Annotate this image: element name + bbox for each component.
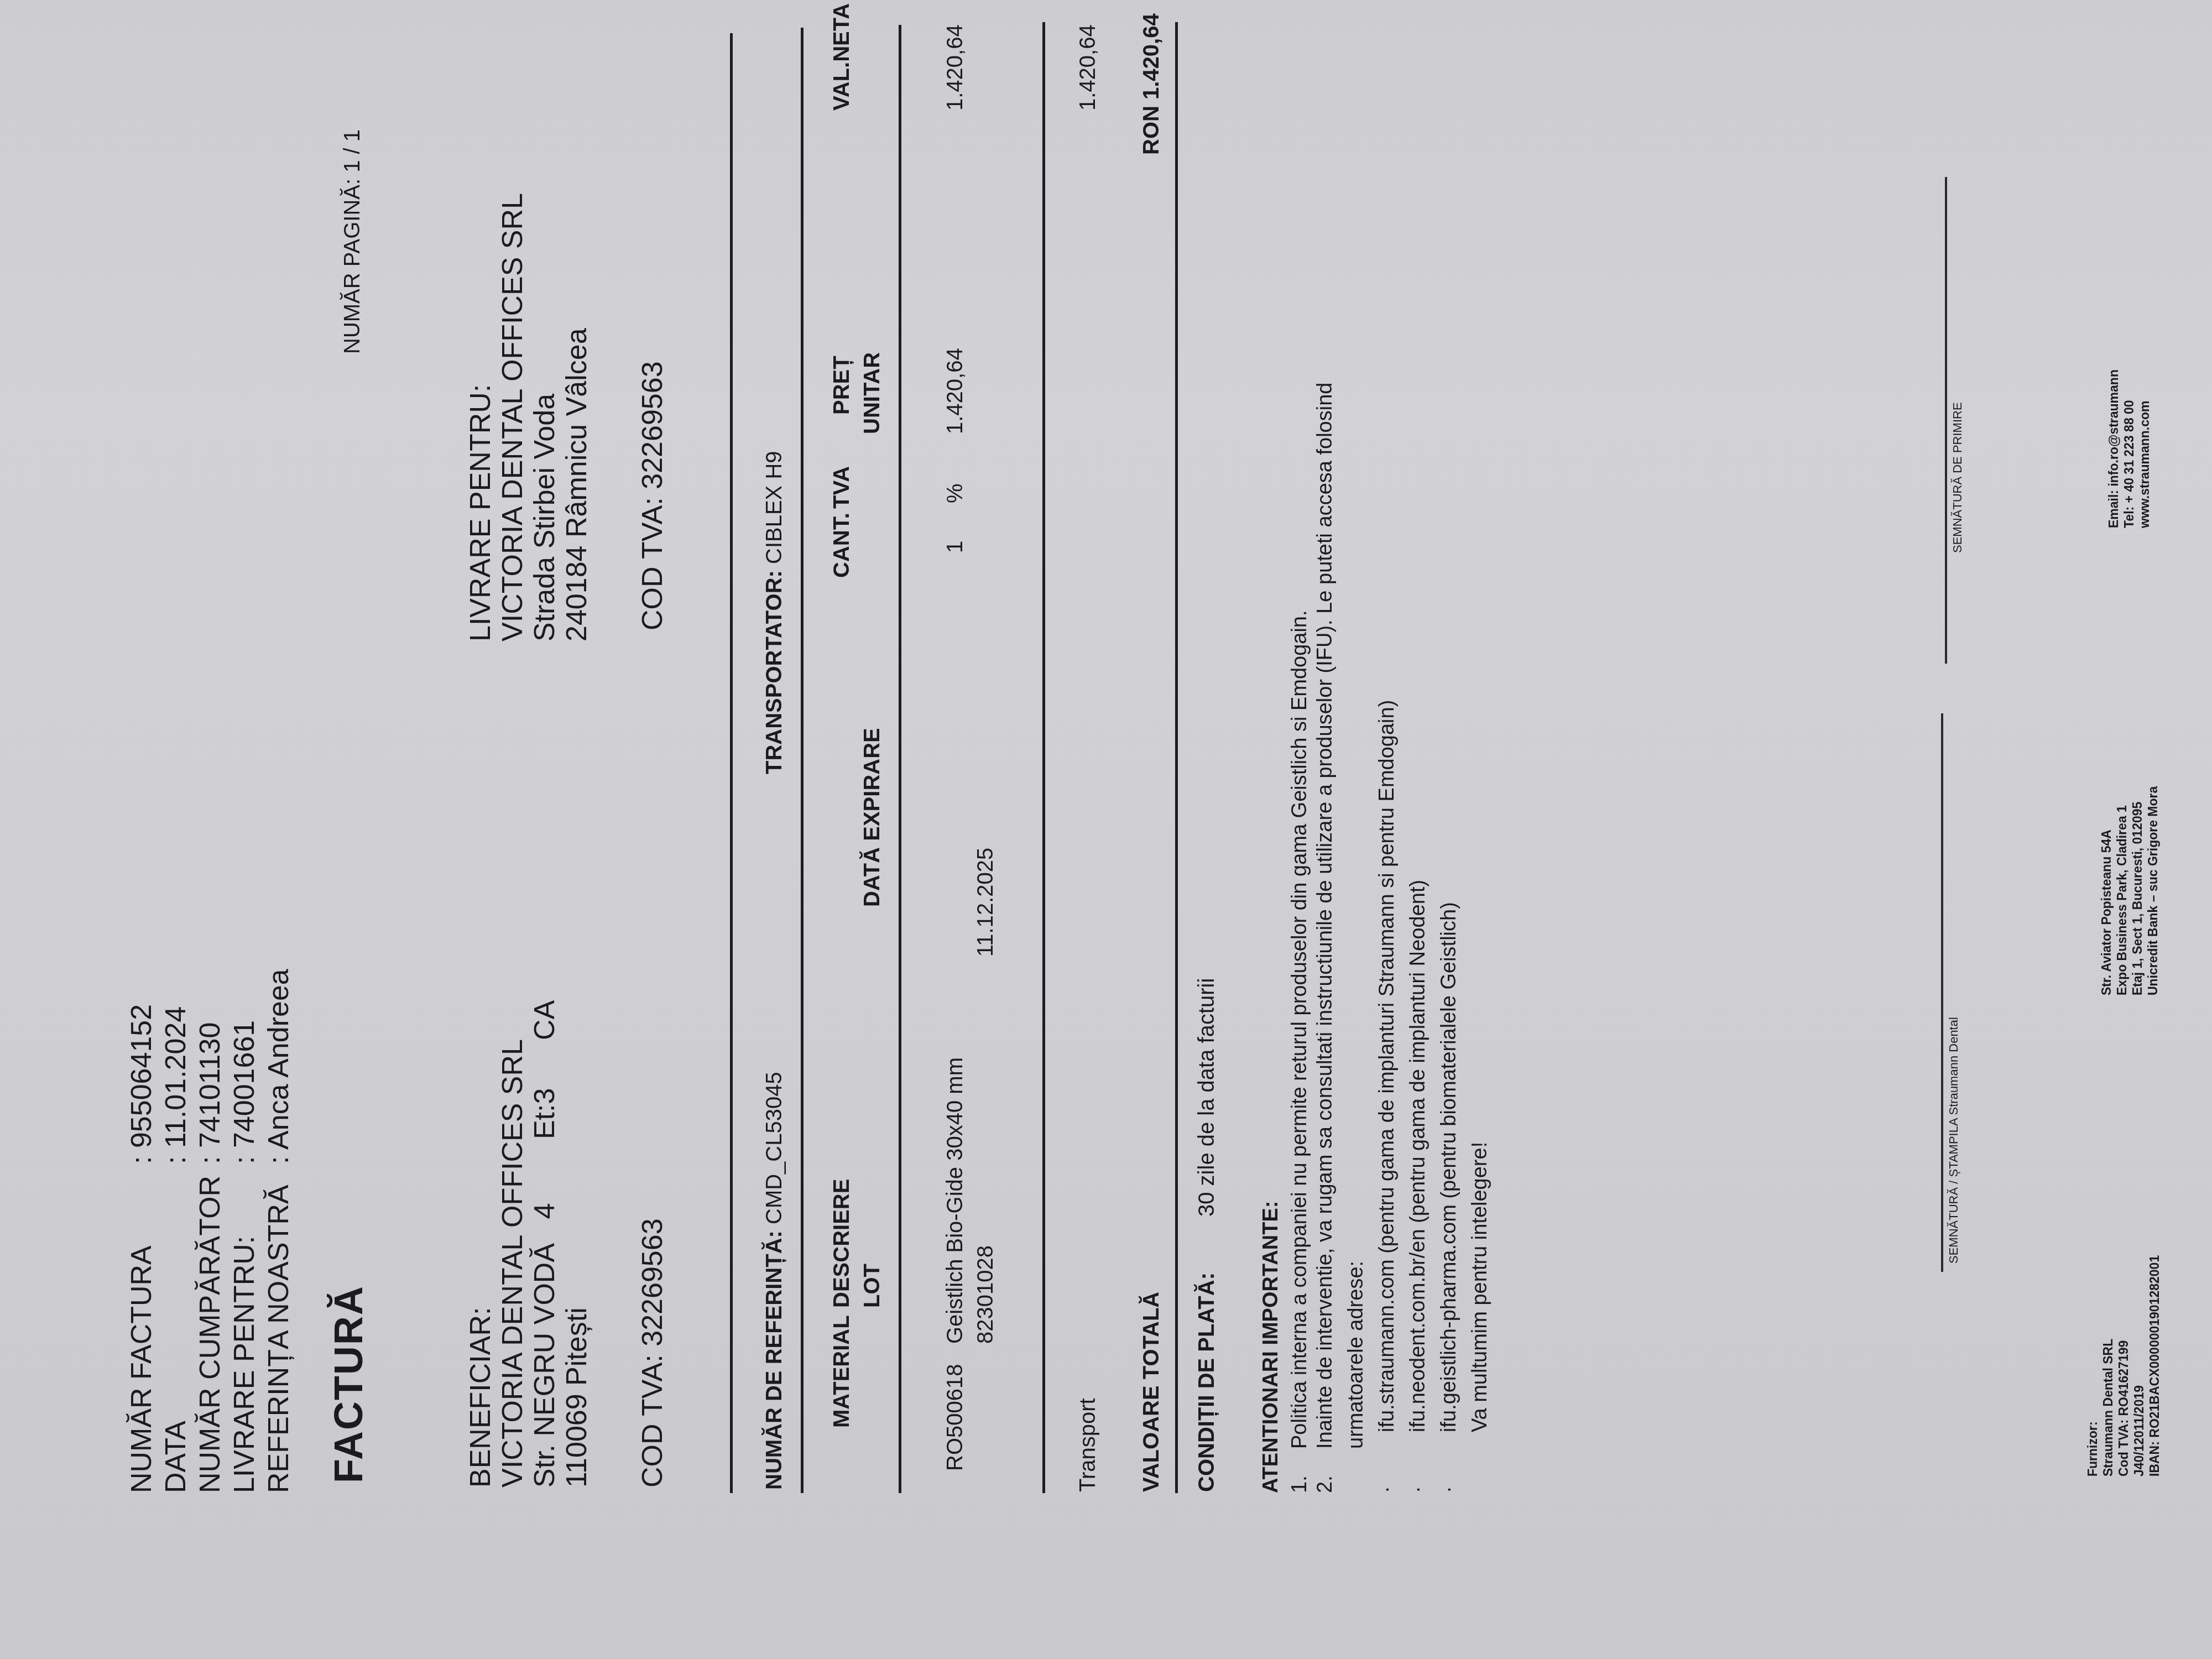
col-header-qty: CANT.: [830, 513, 854, 578]
supplier-signature-line: [1941, 713, 1943, 1272]
divider: [1042, 22, 1045, 1493]
cell-qty: 1: [943, 541, 968, 553]
beneficiary-heading: BENEFICIAR:: [465, 1000, 497, 1488]
ifu-link: ifu.straumann.com (pentru gama de implan…: [1374, 700, 1400, 1432]
total-value: RON 1.420,64: [1139, 13, 1164, 155]
cell-net-value: 1.420,64: [943, 24, 968, 111]
divider: [1175, 22, 1178, 1493]
document-title: FACTURĂ: [326, 1285, 372, 1483]
ifu-link-item: · ifu.geistlich-pharma.com (pentru bioma…: [1436, 383, 1462, 1493]
invoice-page: NUMĂR FACTURA : 955064152 DATA : 11.01.2…: [0, 0, 2212, 1659]
col-header-lot: LOT: [860, 1264, 885, 1308]
col-header-material: MATERIAL: [830, 1315, 854, 1428]
col-header-vat: TVA: [830, 466, 854, 509]
col-header-net-value: VAL.NETA: [830, 3, 854, 111]
cell-unit-price: 1.420,64: [943, 348, 968, 434]
divider: [730, 33, 733, 1493]
col-header-unit-price: PREȚ: [830, 356, 854, 415]
cell-lot: 82301028: [973, 1245, 998, 1344]
cell-description: Geistlich Bio-Gide 30x40 mm: [943, 1057, 968, 1344]
col-header-unit-price-2: UNITAR: [860, 352, 885, 434]
beneficiary-vat: COD TVA: 32269563: [636, 1218, 669, 1488]
receiver-signature-label: SEMNĂTURĂ DE PRIMIRE: [1950, 402, 1965, 553]
transport-value: 1.420,64: [1076, 24, 1100, 111]
beneficiary-block: BENEFICIAR: VICTORIA DENTAL OFFICES SRL …: [465, 1000, 593, 1488]
footer-address: Str. Aviator Popisteanu 54A Expo Busines…: [2099, 786, 2161, 995]
notice-item: 2. Inainte de interventie, va rugam sa c…: [1312, 383, 1338, 1493]
beneficiary-name: VICTORIA DENTAL OFFICES SRL: [497, 1000, 529, 1488]
ifu-link: ifu.neodent.com.br/en (pentru gama de im…: [1405, 880, 1431, 1432]
beneficiary-city: 110069 Pitești: [561, 1000, 593, 1488]
invoice-meta: NUMĂR FACTURA : 955064152 DATA : 11.01.2…: [124, 969, 296, 1493]
beneficiary-street: Str. NEGRU VODĂ 4 Et:3 CA: [529, 1000, 561, 1488]
footer-website: www.straumann.com: [2137, 369, 2152, 528]
supplier-signature-label: SEMNĂTURĂ / ȘTAMPILA Straumann Dental: [1947, 1017, 1961, 1264]
transport-label: Transport: [1076, 1398, 1100, 1492]
delivery-street: Strada Stirbei Voda: [529, 193, 561, 641]
reference-number: NUMĂR DE REFERINȚĂ: CMD_CL53045: [762, 1072, 787, 1490]
important-notices: ATENTIONARI IMPORTANTE: 1. Politica inte…: [1258, 383, 1493, 1493]
col-header-expiry: DATĂ EXPIRARE: [860, 728, 885, 907]
col-header-description: DESCRIERE: [830, 1179, 854, 1308]
delivery-heading: LIVRARE PENTRU:: [465, 193, 497, 641]
footer-contact: Email: info.ro@straumann Tel: + 40 31 22…: [2106, 369, 2152, 528]
notices-heading: ATENTIONARI IMPORTANTE:: [1258, 383, 1284, 1493]
meta-row-delivery-for: LIVRARE PENTRU: : 74001661: [227, 969, 262, 1493]
delivery-name: VICTORIA DENTAL OFFICES SRL: [497, 193, 529, 641]
thanks-note: Va multumim pentru intelegere!: [1467, 383, 1493, 1493]
delivery-block: LIVRARE PENTRU: VICTORIA DENTAL OFFICES …: [465, 193, 593, 641]
ifu-link-item: · ifu.straumann.com (pentru gama de impl…: [1374, 383, 1400, 1493]
carrier: TRANSPORTATOR: CIBLEX H9: [762, 451, 787, 774]
meta-row-our-reference: REFERINȚA NOASTRĂ : Anca Andreea: [262, 969, 296, 1493]
divider: [801, 28, 804, 1493]
payment-terms-label: CONDIȚII DE PLATĂ:: [1194, 1272, 1219, 1492]
ifu-link-item: · ifu.neodent.com.br/en (pentru gama de …: [1405, 383, 1431, 1493]
notice-item: 1. Politica interna a companiei nu permi…: [1287, 383, 1312, 1493]
notice-continuation: urmatoarele adrese:: [1343, 383, 1369, 1493]
footer-phone: Tel: + 40 31 223 88 00: [2121, 369, 2137, 528]
cell-vat: %: [943, 483, 968, 503]
ifu-link: ifu.geistlich-pharma.com (pentru biomate…: [1436, 902, 1462, 1432]
page-number: NUMĂR PAGINĂ: 1 / 1: [340, 129, 365, 354]
total-label: VALOARE TOTALĂ: [1139, 1292, 1164, 1492]
meta-row-buyer-number: NUMĂR CUMPĂRĂTOR : 74101130: [193, 969, 227, 1493]
receiver-signature-line: [1945, 177, 1947, 664]
divider: [899, 25, 901, 1493]
cell-expiry: 11.12.2025: [973, 848, 998, 957]
cell-material: RO500618: [943, 1364, 968, 1471]
meta-row-date: DATA : 11.01.2024: [159, 969, 193, 1493]
delivery-vat: COD TVA: 32269563: [636, 361, 669, 630]
footer-email: Email: info.ro@straumann: [2106, 369, 2121, 528]
delivery-city: 240184 Râmnicu Vâlcea: [561, 193, 593, 641]
payment-terms-value: 30 zile de la data facturii: [1194, 978, 1219, 1217]
footer-supplier: Furnizor: Straumann Dental SRL Cod TVA: …: [2085, 1255, 2162, 1477]
meta-row-invoice-number: NUMĂR FACTURA : 955064152: [124, 969, 159, 1493]
